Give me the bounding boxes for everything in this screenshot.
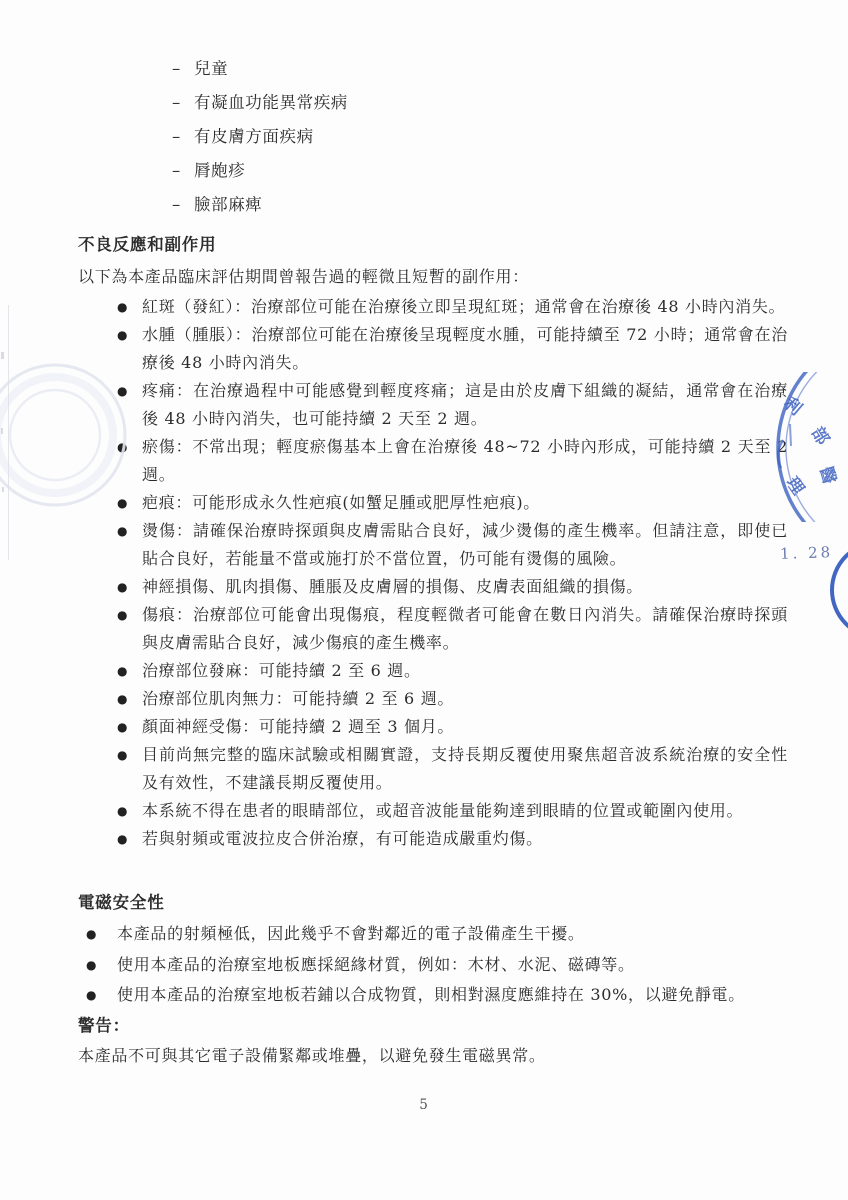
warning-heading: 警告：	[78, 1012, 130, 1036]
bullet-text: 瘀傷：不常出現；輕度瘀傷基本上會在治療後 48~72 小時內形成，可能持續 2 …	[142, 433, 788, 489]
bullet-marker-icon: ●	[108, 713, 142, 741]
warning-body: 本產品不可與其它電子設備緊鄰或堆疊，以避免發生電磁異常。	[78, 1043, 546, 1066]
bullet-text: 疼痛：在治療過程中可能感覺到輕度疼痛；這是由於皮膚下組織的凝結，通常會在治療後 …	[142, 377, 788, 433]
bullet-text: 疤痕：可能形成永久性疤痕(如蟹足腫或肥厚性疤痕)。	[142, 489, 788, 517]
bullet-item: ●顏面神經受傷：可能持續 2 週至 3 個月。	[108, 713, 808, 741]
scan-speck	[1, 352, 4, 359]
bullet-item: ●使用本產品的治療室地板應採絕緣材質，例如：木材、水泥、磁磚等。	[76, 950, 816, 981]
bullet-marker-icon: ●	[108, 601, 142, 657]
dash-marker-icon: –	[172, 86, 194, 120]
bullet-marker-icon: ●	[108, 517, 142, 573]
bullet-marker-icon: ●	[108, 657, 142, 685]
list-item-text: 臉部麻痺	[194, 188, 262, 222]
list-item-text: 脣皰疹	[194, 154, 245, 188]
bullet-marker-icon: ●	[108, 433, 142, 489]
adverse-section-intro: 以下為本產品臨床評估期間曾報告過的輕微且短暫的副作用：	[78, 264, 529, 287]
list-item-text: 兒童	[194, 52, 228, 86]
scan-speck	[1, 428, 3, 434]
bullet-marker-icon: ●	[108, 321, 142, 377]
bullet-text: 使用本產品的治療室地板若鋪以合成物質，則相對濕度應維持在 30%，以避免靜電。	[117, 980, 807, 1011]
stamp-date-mark: 1. 28	[780, 543, 834, 563]
emc-section-heading: 電磁安全性	[78, 889, 165, 913]
list-item: –兒童	[172, 52, 348, 86]
bullet-marker-icon: ●	[108, 825, 142, 853]
bullet-marker-icon: ●	[108, 293, 142, 321]
bullet-marker-icon: ●	[108, 741, 142, 797]
bullet-text: 傷痕：治療部位可能會出現傷痕，程度輕微者可能會在數日內消失。請確保治療時探頭與皮…	[142, 601, 788, 657]
bullet-item: ●若與射頻或電波拉皮合併治療，有可能造成嚴重灼傷。	[108, 825, 808, 853]
bullet-text: 水腫（腫脹）：治療部位可能在治療後呈現輕度水腫，可能持續至 72 小時；通常會在…	[142, 321, 788, 377]
dash-marker-icon: –	[172, 188, 194, 222]
dash-marker-icon: –	[172, 120, 194, 154]
bullet-item: ●目前尚無完整的臨床試驗或相關實證，支持長期反覆使用聚焦超音波系統治療的安全性及…	[108, 741, 808, 797]
bullet-item: ●瘀傷：不常出現；輕度瘀傷基本上會在治療後 48~72 小時內形成，可能持續 2…	[108, 433, 808, 489]
bullet-marker-icon: ●	[108, 685, 142, 713]
bullet-marker-icon: ●	[108, 377, 142, 433]
emc-bullet-list: ●本產品的射頻極低，因此幾乎不會對鄰近的電子設備產生干擾。 ●使用本產品的治療室…	[76, 919, 816, 1011]
contraindication-list: –兒童 –有凝血功能異常疾病 –有皮膚方面疾病 –脣皰疹 –臉部麻痺	[172, 52, 348, 222]
bullet-text: 神經損傷、肌肉損傷、腫脹及皮膚層的損傷、皮膚表面組織的損傷。	[142, 573, 788, 601]
seal-char: 醫	[815, 464, 840, 486]
list-item-text: 有皮膚方面疾病	[194, 120, 314, 154]
page-number: 5	[0, 1097, 848, 1113]
bullet-text: 本系統不得在患者的眼睛部位，或超音波能量能夠達到眼睛的位置或範圍內使用。	[142, 797, 788, 825]
bullet-item: ●疼痛：在治療過程中可能感覺到輕度疼痛；這是由於皮膚下組織的凝結，通常會在治療後…	[108, 377, 808, 433]
bullet-item: ●疤痕：可能形成永久性疤痕(如蟹足腫或肥厚性疤痕)。	[108, 489, 808, 517]
scan-speck	[2, 487, 4, 492]
list-item: –有皮膚方面疾病	[172, 120, 348, 154]
bullet-item: ●水腫（腫脹）：治療部位可能在治療後呈現輕度水腫，可能持續至 72 小時；通常會…	[108, 321, 808, 377]
bullet-item: ●使用本產品的治療室地板若鋪以合成物質，則相對濕度應維持在 30%，以避免靜電。	[76, 980, 816, 1011]
bullet-item: ●傷痕：治療部位可能會出現傷痕，程度輕微者可能會在數日內消失。請確保治療時探頭與…	[108, 601, 808, 657]
bullet-text: 治療部位發麻：可能持續 2 至 6 週。	[142, 657, 788, 685]
bullet-text: 目前尚無完整的臨床試驗或相關實證，支持長期反覆使用聚焦超音波系統治療的安全性及有…	[142, 741, 788, 797]
bullet-text: 使用本產品的治療室地板應採絕緣材質，例如：木材、水泥、磁磚等。	[117, 950, 807, 981]
bullet-item: ●治療部位發麻：可能持續 2 至 6 週。	[108, 657, 808, 685]
bullet-item: ●紅斑（發紅）：治療部位可能在治療後立即呈現紅斑；通常會在治療後 48 小時內消…	[108, 293, 808, 321]
dash-marker-icon: –	[172, 154, 194, 188]
bullet-marker-icon: ●	[76, 950, 117, 981]
bullet-text: 若與射頻或電波拉皮合併治療，有可能造成嚴重灼傷。	[142, 825, 788, 853]
list-item: –臉部麻痺	[172, 188, 348, 222]
bullet-text: 燙傷：請確保治療時探頭與皮膚需貼合良好，減少燙傷的產生機率。但請注意，即使已貼合…	[142, 517, 788, 573]
bullet-item: ●燙傷：請確保治療時探頭與皮膚需貼合良好，減少燙傷的產生機率。但請注意，即使已貼…	[108, 517, 808, 573]
list-item: –有凝血功能異常疾病	[172, 86, 348, 120]
bullet-marker-icon: ●	[76, 980, 117, 1011]
bullet-text: 本產品的射頻極低，因此幾乎不會對鄰近的電子設備產生干擾。	[117, 919, 807, 950]
bullet-item: ●本產品的射頻極低，因此幾乎不會對鄰近的電子設備產生干擾。	[76, 919, 816, 950]
scanned-document-page: –兒童 –有凝血功能異常疾病 –有皮膚方面疾病 –脣皰疹 –臉部麻痺 不良反應和…	[0, 0, 848, 1200]
bullet-text: 治療部位肌肉無力：可能持續 2 至 6 週。	[142, 685, 788, 713]
bullet-marker-icon: ●	[76, 919, 117, 950]
bullet-item: ●神經損傷、肌肉損傷、腫脹及皮膚層的損傷、皮膚表面組織的損傷。	[108, 573, 808, 601]
list-item-text: 有凝血功能異常疾病	[194, 86, 348, 120]
bullet-text: 紅斑（發紅）：治療部位可能在治療後立即呈現紅斑；通常會在治療後 48 小時內消失…	[142, 293, 788, 321]
bullet-text: 顏面神經受傷：可能持續 2 週至 3 個月。	[142, 713, 788, 741]
seal-char: 部	[807, 423, 834, 449]
adverse-section-heading: 不良反應和副作用	[78, 231, 216, 255]
bullet-item: ●治療部位肌肉無力：可能持續 2 至 6 週。	[108, 685, 808, 713]
bullet-marker-icon: ●	[108, 573, 142, 601]
list-item: –脣皰疹	[172, 154, 348, 188]
bullet-item: ●本系統不得在患者的眼睛部位，或超音波能量能夠達到眼睛的位置或範圍內使用。	[108, 797, 808, 825]
bullet-marker-icon: ●	[108, 797, 142, 825]
adverse-bullet-list: ●紅斑（發紅）：治療部位可能在治療後立即呈現紅斑；通常會在治療後 48 小時內消…	[108, 293, 808, 853]
dash-marker-icon: –	[172, 52, 194, 86]
bullet-marker-icon: ●	[108, 489, 142, 517]
scan-edge-line	[8, 305, 9, 560]
